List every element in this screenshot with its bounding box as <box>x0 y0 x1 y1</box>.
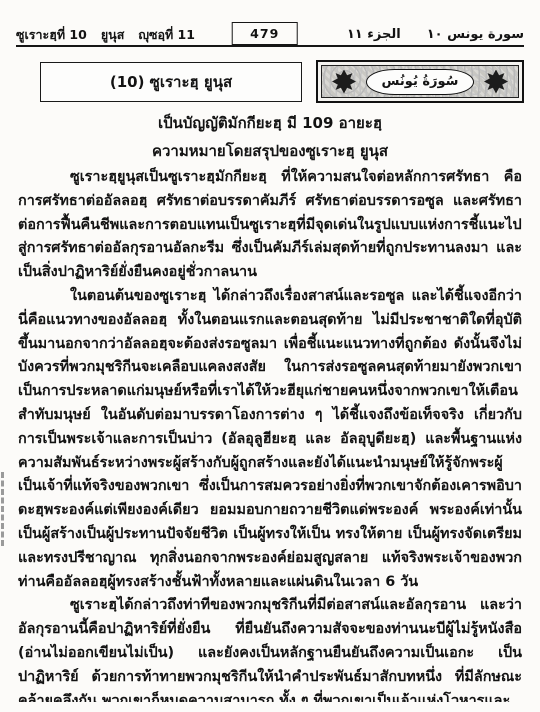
summary-heading-line: ความหมายโดยสรุปของซูเราะฮฺ ยูนุส <box>0 139 540 163</box>
page-number-box: 479 <box>232 22 298 45</box>
header-surah-arabic: سورة يونس ١٠ <box>427 27 524 42</box>
document-page: ซูเราะฮฺที่ 10 ยูนุส ญุซอฺที่ 11 479 سور… <box>0 0 540 712</box>
surah-title-box: (10) ซูเราะฮฺ ยูนุส <box>40 62 302 102</box>
surah-name-arabic-calligraphy: سُورَةُ يُونُس <box>382 74 459 89</box>
page-header: ซูเราะฮฺที่ 10 ยูนุส ญุซอฺที่ 11 479 سور… <box>16 24 524 47</box>
header-thai-title: ซูเราะฮฺที่ 10 ยูนุส ญุซอฺที่ 11 <box>16 25 195 45</box>
body-text: ซูเราะฮฺยูนุสเป็นซูเราะฮฺมักกียะฮฺ ที่ให… <box>18 166 522 702</box>
paragraph-1: ซูเราะฮฺยูนุสเป็นซูเราะฮฺมักกียะฮฺ ที่ให… <box>18 166 522 285</box>
ornament-arabesque-pattern: سُورَةُ يُونُس <box>321 65 519 98</box>
surah-name-cartouche: سُورَةُ يُونُس <box>366 69 474 95</box>
header-arabic-title: سورة يونس ١٠ الجزء ١١ <box>347 27 524 42</box>
surah-ornament-banner: سُورَةُ يُونُس <box>316 60 524 103</box>
scan-artifact-mark <box>1 472 4 546</box>
star-medallion-icon <box>332 70 356 94</box>
surah-title-label: (10) ซูเราะฮฺ ยูนุส <box>110 70 232 94</box>
header-surah-name-thai: ยูนุส <box>101 25 125 45</box>
page-number: 479 <box>250 26 279 41</box>
revelation-info-line: เป็นบัญญัติมักกียะฮฺ มี 109 อายะฮฺ <box>0 111 540 135</box>
header-juz-arabic: الجزء ١١ <box>347 27 401 42</box>
paragraph-2: ในตอนต้นของซูเราะฮฺ ได้กล่าวถึงเรื่องสาส… <box>18 285 522 594</box>
header-juz-thai: ญุซอฺที่ 11 <box>138 25 195 45</box>
header-surah-no-thai: ซูเราะฮฺที่ 10 <box>16 25 87 45</box>
paragraph-3: ซูเราะฮฺได้กล่าวถึงท่าทีของพวกมุชริกีนที… <box>18 594 522 702</box>
star-medallion-icon <box>484 70 508 94</box>
surah-title-row: (10) ซูเราะฮฺ ยูนุส سُورَةُ يُونُس <box>16 60 524 103</box>
